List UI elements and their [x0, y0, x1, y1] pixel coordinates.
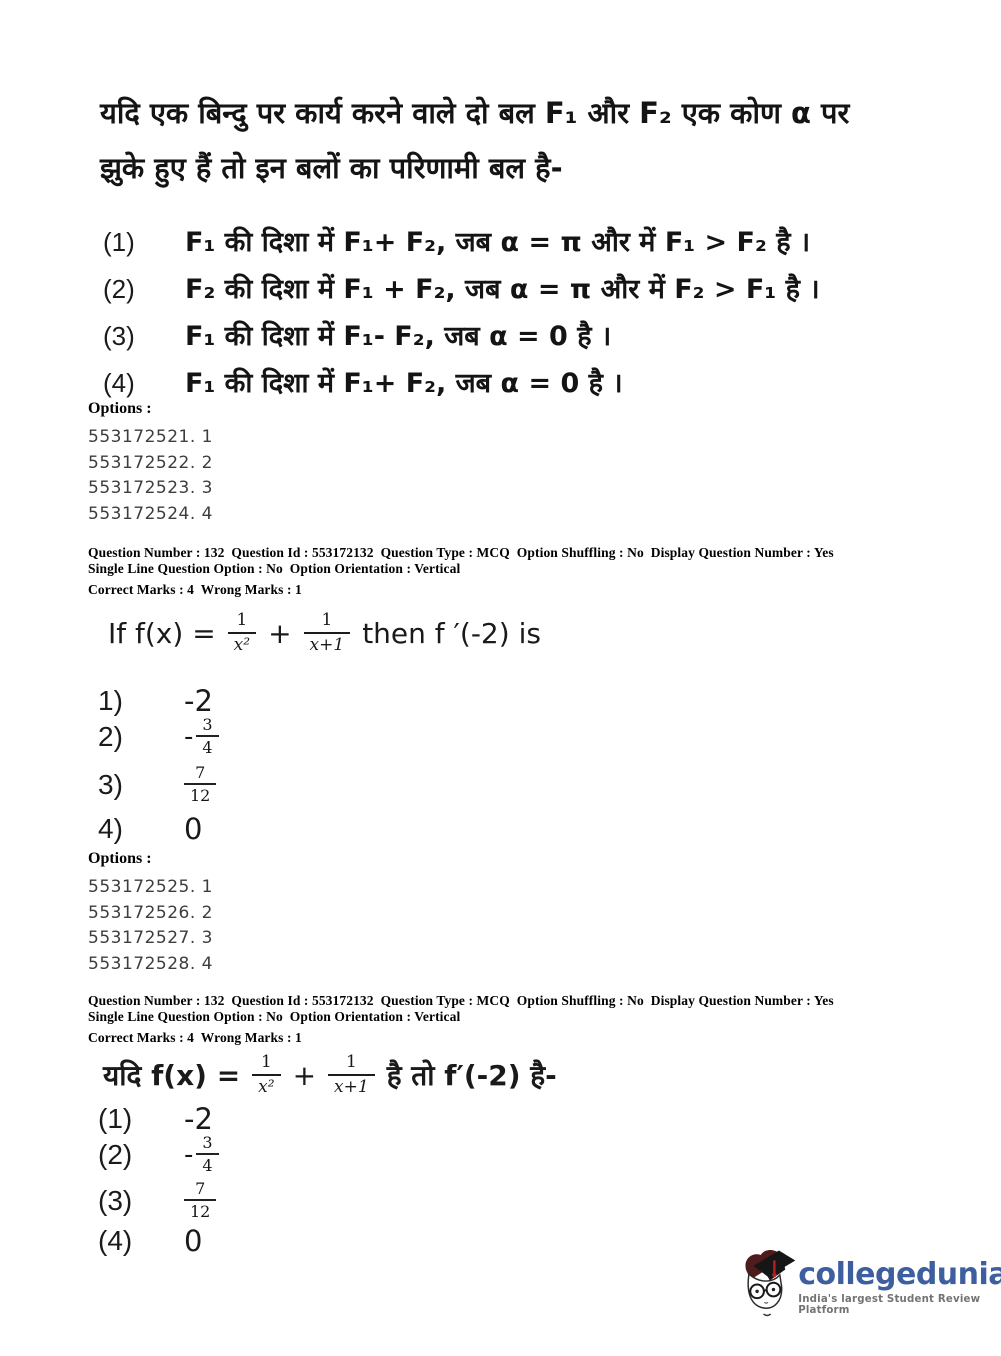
- option-number: (3): [103, 321, 185, 352]
- option-value: -2: [184, 684, 213, 718]
- minus-sign: -: [184, 1140, 193, 1170]
- formula-prefix: If f(x) =: [108, 617, 216, 650]
- math-option-list-en: 1) -2 2) - 3 4 3) 7 12 4) 0: [98, 678, 598, 853]
- exam-document-page: यदि एक बिन्दु पर कार्य करने वाले दो बल F…: [0, 0, 1001, 1356]
- option-id-block: Options : 553172521. 1 553172522. 2 5531…: [88, 400, 488, 527]
- meta-line: Single Line Question Option : No Option …: [88, 1009, 988, 1025]
- option-row: (2) F₂ की दिशा में F₁ + F₂, जब α = π और …: [103, 269, 820, 306]
- option-row: (2) - 3 4: [98, 1134, 219, 1176]
- option-row: 2) - 3 4: [98, 716, 219, 758]
- option-text: F₁ की दिशा में F₁+ F₂, जब α = π और में F…: [185, 222, 810, 259]
- fraction: 1 x+1: [304, 611, 351, 655]
- options-header: Options :: [88, 850, 488, 868]
- option-row: (1) -2: [98, 1102, 213, 1136]
- fraction: 7 12: [184, 764, 216, 806]
- meta-line: Single Line Question Option : No Option …: [88, 561, 988, 577]
- option-id: 553172528. 4: [88, 952, 488, 978]
- fraction: 1 x²: [252, 1053, 280, 1097]
- option-text: F₁ की दिशा में F₁- F₂, जब α = 0 है ।: [185, 316, 611, 353]
- option-row: (3) F₁ की दिशा में F₁- F₂, जब α = 0 है ।: [103, 316, 611, 353]
- option-id: 553172521. 1: [88, 425, 488, 451]
- option-id: 553172525. 1: [88, 875, 488, 901]
- option-number: 3): [98, 769, 184, 801]
- fraction: 1 x²: [228, 611, 256, 655]
- question-line: झुके हुए हैं तो इन बलों का परिणामी बल है…: [100, 141, 860, 196]
- option-row: 3) 7 12: [98, 764, 216, 806]
- option-number: 2): [98, 721, 184, 753]
- option-number: (3): [98, 1185, 184, 1217]
- collegedunia-mascot-icon: [738, 1244, 796, 1326]
- option-number: 1): [98, 685, 184, 717]
- operator: +: [293, 1059, 316, 1092]
- fraction: 7 12: [184, 1180, 216, 1222]
- option-text: F₁ की दिशा में F₁+ F₂, जब α = 0 है ।: [185, 363, 623, 400]
- option-number: (1): [98, 1103, 184, 1135]
- question-line: यदि एक बिन्दु पर कार्य करने वाले दो बल F…: [100, 86, 860, 141]
- option-number: (1): [103, 227, 185, 258]
- fraction: 3 4: [196, 716, 218, 758]
- option-row: 4) 0: [98, 812, 202, 846]
- formula-prefix: यदि f(x) =: [103, 1056, 240, 1094]
- question-text-physics: यदि एक बिन्दु पर कार्य करने वाले दो बल F…: [100, 86, 860, 196]
- collegedunia-logo: collegedunia .com India's largest Studen…: [738, 1244, 1001, 1326]
- fraction: 3 4: [196, 1134, 218, 1176]
- option-row: 1) -2: [98, 684, 213, 718]
- option-number: 4): [98, 813, 184, 845]
- option-text: F₂ की दिशा में F₁ + F₂, जब α = π और में …: [185, 269, 820, 306]
- question-metadata: Question Number : 132 Question Id : 5531…: [88, 545, 988, 598]
- option-id-block: Options : 553172525. 1 553172526. 2 5531…: [88, 850, 488, 977]
- brand-name: collegedunia: [798, 1260, 1001, 1290]
- option-value: 0: [184, 812, 202, 846]
- formula-suffix: है तो f′(-2) है-: [387, 1056, 557, 1094]
- operator: +: [268, 617, 291, 650]
- option-row: (1) F₁ की दिशा में F₁+ F₂, जब α = π और म…: [103, 222, 810, 259]
- option-id: 553172526. 2: [88, 901, 488, 927]
- option-row: (3) 7 12: [98, 1180, 216, 1222]
- option-row: (4) 0: [98, 1224, 202, 1258]
- options-header: Options :: [88, 400, 488, 418]
- option-id: 553172522. 2: [88, 451, 488, 477]
- option-number: (4): [103, 368, 185, 399]
- option-number: (2): [98, 1139, 184, 1171]
- option-id: 553172527. 3: [88, 926, 488, 952]
- meta-marks: Correct Marks : 4 Wrong Marks : 1: [88, 582, 988, 598]
- brand-tagline: India's largest Student Review Platform: [798, 1294, 1001, 1316]
- question-text-math-en: If f(x) = 1 x² + 1 x+1 then f ′(-2) is: [108, 604, 541, 662]
- logo-text: collegedunia .com India's largest Studen…: [798, 1260, 1001, 1316]
- option-value: -2: [184, 1102, 213, 1136]
- option-id: 553172524. 4: [88, 502, 488, 528]
- physics-option-list: (1) F₁ की दिशा में F₁+ F₂, जब α = π और म…: [103, 222, 923, 397]
- fraction: 1 x+1: [328, 1053, 375, 1097]
- option-row: (4) F₁ की दिशा में F₁+ F₂, जब α = 0 है ।: [103, 363, 623, 400]
- option-number: (4): [98, 1225, 184, 1257]
- option-id: 553172523. 3: [88, 476, 488, 502]
- meta-marks: Correct Marks : 4 Wrong Marks : 1: [88, 1030, 988, 1046]
- meta-line: Question Number : 132 Question Id : 5531…: [88, 545, 988, 561]
- minus-sign: -: [184, 722, 193, 752]
- meta-line: Question Number : 132 Question Id : 5531…: [88, 993, 988, 1009]
- question-metadata: Question Number : 132 Question Id : 5531…: [88, 993, 988, 1046]
- formula-suffix: then f ′(-2) is: [362, 617, 541, 650]
- math-option-list-hi: (1) -2 (2) - 3 4 (3) 7 12 (4) 0: [98, 1096, 598, 1261]
- option-value: 0: [184, 1224, 202, 1258]
- option-number: (2): [103, 274, 185, 305]
